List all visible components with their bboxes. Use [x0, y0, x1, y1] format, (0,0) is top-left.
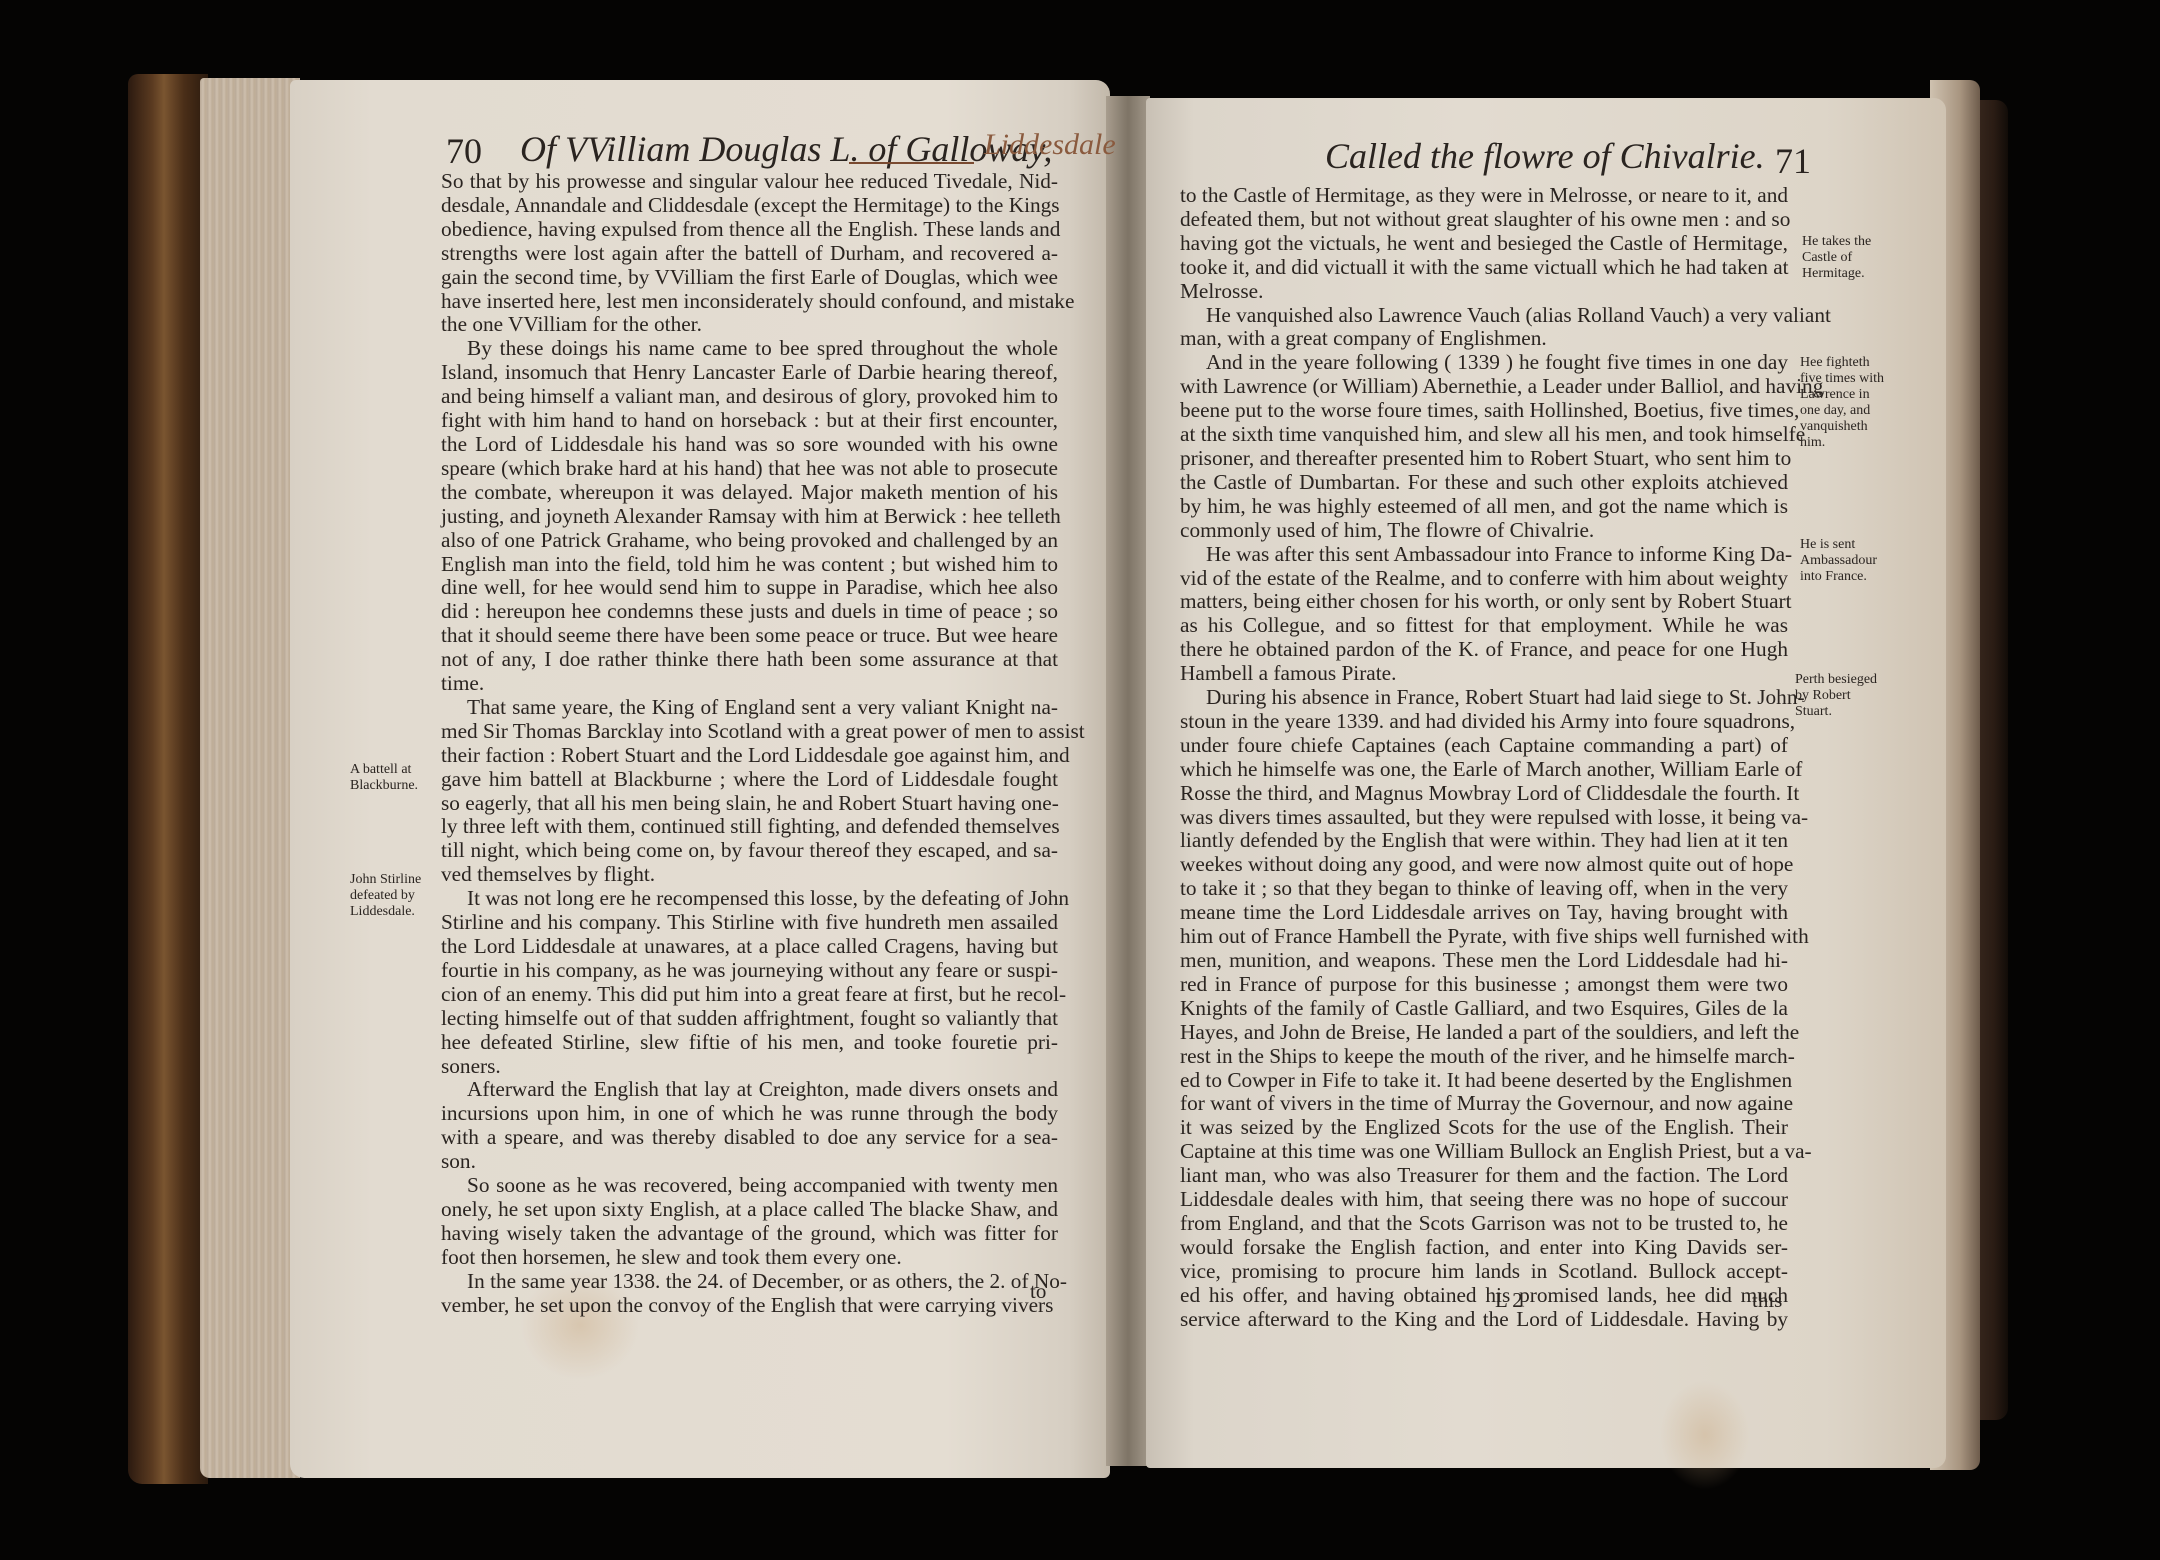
text-line: there he obtained pardon of the K. of Fr… [1180, 638, 1788, 662]
text-line: He vanquished also Lawrence Vauch (alias… [1180, 304, 1788, 328]
text-line: desdale, Annandale and Cliddesdale (exce… [441, 194, 1058, 218]
text-line: having got the victuals, he went and bes… [1180, 232, 1788, 256]
text-line: till night, which being come on, by favo… [441, 839, 1058, 863]
text-line: him out of France Hambell the Pyrate, wi… [1180, 925, 1788, 949]
right-page-text: to the Castle of Hermitage, as they were… [1180, 184, 1788, 1332]
text-line: Melrosse. [1180, 280, 1788, 304]
text-line: Island, insomuch that Henry Lancaster Ea… [441, 361, 1058, 385]
text-line: So that by his prowesse and singular val… [441, 170, 1058, 194]
text-line: and being himself a valiant man, and des… [441, 385, 1058, 409]
text-line: men, munition, and weapons. These men th… [1180, 949, 1788, 973]
handwritten-annotation: Liddesdale [984, 128, 1116, 162]
margin-note-perth: Perth besieged by Robert Stuart. [1795, 672, 1887, 720]
text-line: Liddesdale deales with him, that seeing … [1180, 1188, 1788, 1212]
margin-note-blackburne: A battell at Blackburne. [350, 762, 430, 794]
text-line: to the Castle of Hermitage, as they were… [1180, 184, 1788, 208]
text-line: During his absence in France, Robert Stu… [1180, 686, 1788, 710]
text-line: Knights of the family of Castle Galliard… [1180, 997, 1788, 1021]
text-line: at the sixth time vanquished him, and sl… [1180, 423, 1788, 447]
foxing-stain [1660, 1380, 1750, 1490]
text-line: He was after this sent Ambassadour into … [1180, 543, 1788, 567]
text-line: cion of an enemy. This did put him into … [441, 983, 1058, 1007]
text-line: liant man, who was also Treasurer for th… [1180, 1164, 1788, 1188]
book-cover-left [128, 74, 208, 1484]
right-page-number: 71 [1775, 140, 1811, 182]
text-line: commonly used of him, The flowre of Chiv… [1180, 519, 1788, 543]
text-line: defeated them, but not without great sla… [1180, 208, 1788, 232]
text-line: from England, and that the Scots Garriso… [1180, 1212, 1788, 1236]
text-line: Hayes, and John de Breise, He landed a p… [1180, 1021, 1788, 1045]
text-line: speare (which brake hard at his hand) th… [441, 457, 1058, 481]
text-line: it was seized by the Englized Scots for … [1180, 1116, 1788, 1140]
text-line: having wisely taken the advantage of the… [441, 1222, 1058, 1246]
margin-note-stirline: John Stirline defeated by Liddesdale. [350, 872, 430, 920]
text-line: with a speare, and was thereby disabled … [441, 1126, 1058, 1150]
book-gutter [1106, 96, 1150, 1466]
margin-note-hermitage: He takes the Castle of Hermitage. [1802, 234, 1894, 282]
text-line: prisoner, and thereafter presented him t… [1180, 447, 1788, 471]
text-line: It was not long ere he recompensed this … [441, 887, 1058, 911]
text-line: with Lawrence (or William) Abernethie, a… [1180, 375, 1788, 399]
text-line: stoun in the yeare 1339. and had divided… [1180, 710, 1788, 734]
text-line: Rosse the third, and Magnus Mowbray Lord… [1180, 782, 1788, 806]
text-line: Stirline and his company. This Stirline … [441, 911, 1058, 935]
left-page-number: 70 [446, 130, 482, 172]
left-page-text: So that by his prowesse and singular val… [441, 170, 1058, 1318]
text-line: So soone as he was recovered, being acco… [441, 1174, 1058, 1198]
text-line: matters, being either chosen for his wor… [1180, 590, 1788, 614]
text-line: to take it ; so that they began to think… [1180, 877, 1788, 901]
text-line: rest in the Ships to keepe the mouth of … [1180, 1045, 1788, 1069]
text-line: lecting himselfe out of that sudden affr… [441, 1007, 1058, 1031]
text-line: gave him battell at Blackburne ; where t… [441, 768, 1058, 792]
text-line: tooke it, and did victuall it with the s… [1180, 256, 1788, 280]
text-line: incursions upon him, in one of which he … [441, 1102, 1058, 1126]
text-line: That same yeare, the King of England sen… [441, 696, 1058, 720]
text-line: under foure chiefe Captaines (each Capta… [1180, 734, 1788, 758]
text-line: beene put to the worse foure times, sait… [1180, 399, 1788, 423]
right-running-head: Called the flowre of Chivalrie. [1325, 135, 1765, 177]
text-line: hee defeated Stirline, slew fiftie of hi… [441, 1031, 1058, 1055]
text-line: onely, he set upon sixty English, at a p… [441, 1198, 1058, 1222]
text-line: was divers times assaulted, but they wer… [1180, 806, 1788, 830]
text-line: as his Collegue, and so fittest for that… [1180, 614, 1788, 638]
text-line: which he himselfe was one, the Earle of … [1180, 758, 1788, 782]
text-line: would forsake the English faction, and e… [1180, 1236, 1788, 1260]
text-line: ved themselves by flight. [441, 863, 1058, 887]
text-line: time. [441, 672, 1058, 696]
text-line: for want of vivers in the time of Murray… [1180, 1092, 1788, 1116]
text-line: English man into the field, told him he … [441, 553, 1058, 577]
right-catchword: this [1752, 1288, 1782, 1313]
text-line: gain the second time, by VVilliam the fi… [441, 266, 1058, 290]
text-line: liantly defended by the English that wer… [1180, 829, 1788, 853]
text-line: by him, he was highly esteemed of all me… [1180, 495, 1788, 519]
text-line: ed to Cowper in Fife to take it. It had … [1180, 1069, 1788, 1093]
text-line: weekes without doing any good, and were … [1180, 853, 1788, 877]
text-line: ly three left with them, continued still… [441, 815, 1058, 839]
signature-mark: L 2 [1495, 1288, 1523, 1313]
left-catchword: to [1030, 1279, 1046, 1304]
text-line: justing, and joyneth Alexander Ramsay wi… [441, 505, 1058, 529]
text-line: fourtie in his company, as he was journe… [441, 959, 1058, 983]
text-line: also of one Patrick Grahame, who being p… [441, 529, 1058, 553]
text-line: the Lord Liddesdale at unawares, at a pl… [441, 935, 1058, 959]
text-line: son. [441, 1150, 1058, 1174]
text-line: dine well, for hee would send him to sup… [441, 576, 1058, 600]
text-line: that it should seeme there have been som… [441, 624, 1058, 648]
text-line: vember, he set upon the convoy of the En… [441, 1294, 1058, 1318]
text-line: Hambell a famous Pirate. [1180, 662, 1788, 686]
text-line: meane time the Lord Liddesdale arrives o… [1180, 901, 1788, 925]
text-line: vice, promising to procure him lands in … [1180, 1260, 1788, 1284]
text-line: so eagerly, that all his men being slain… [441, 792, 1058, 816]
page-edges-left [200, 78, 300, 1478]
handwritten-underline [849, 162, 974, 164]
text-line: did : hereupon hee condemns these justs … [441, 600, 1058, 624]
text-line: their faction : Robert Stuart and the Lo… [441, 744, 1058, 768]
text-line: ed his offer, and having obtained his pr… [1180, 1284, 1788, 1308]
text-line: the Castle of Dumbartan. For these and s… [1180, 471, 1788, 495]
text-line: foot then horsemen, he slew and took the… [441, 1246, 1058, 1270]
text-line: the Lord of Liddesdale his hand was so s… [441, 433, 1058, 457]
text-line: soners. [441, 1055, 1058, 1079]
margin-note-lawrence: Hee fighteth five times with Lawrence in… [1800, 355, 1892, 451]
text-line: Afterward the English that lay at Creigh… [441, 1078, 1058, 1102]
text-line: By these doings his name came to bee spr… [441, 337, 1058, 361]
text-line: strengths were lost again after the batt… [441, 242, 1058, 266]
text-line: the combate, whereupon it was delayed. M… [441, 481, 1058, 505]
text-line: red in France of purpose for this busine… [1180, 973, 1788, 997]
text-line: service afterward to the King and the Lo… [1180, 1308, 1788, 1332]
margin-note-ambassadour: He is sent Ambassadour into France. [1800, 537, 1892, 585]
text-line: obedience, having expulsed from thence a… [441, 218, 1058, 242]
text-line: have inserted here, lest men inconsidera… [441, 290, 1058, 314]
text-line: man, with a great company of Englishmen. [1180, 327, 1788, 351]
text-line: not of any, I doe rather thinke there ha… [441, 648, 1058, 672]
text-line: fight with him hand to hand on horseback… [441, 409, 1058, 433]
text-line: med Sir Thomas Barcklay into Scotland wi… [441, 720, 1058, 744]
text-line: Captaine at this time was one William Bu… [1180, 1140, 1788, 1164]
text-line: the one VVilliam for the other. [441, 313, 1058, 337]
text-line: And in the yeare following ( 1339 ) he f… [1180, 351, 1788, 375]
text-line: In the same year 1338. the 24. of Decemb… [441, 1270, 1058, 1294]
text-line: vid of the estate of the Realme, and to … [1180, 567, 1788, 591]
